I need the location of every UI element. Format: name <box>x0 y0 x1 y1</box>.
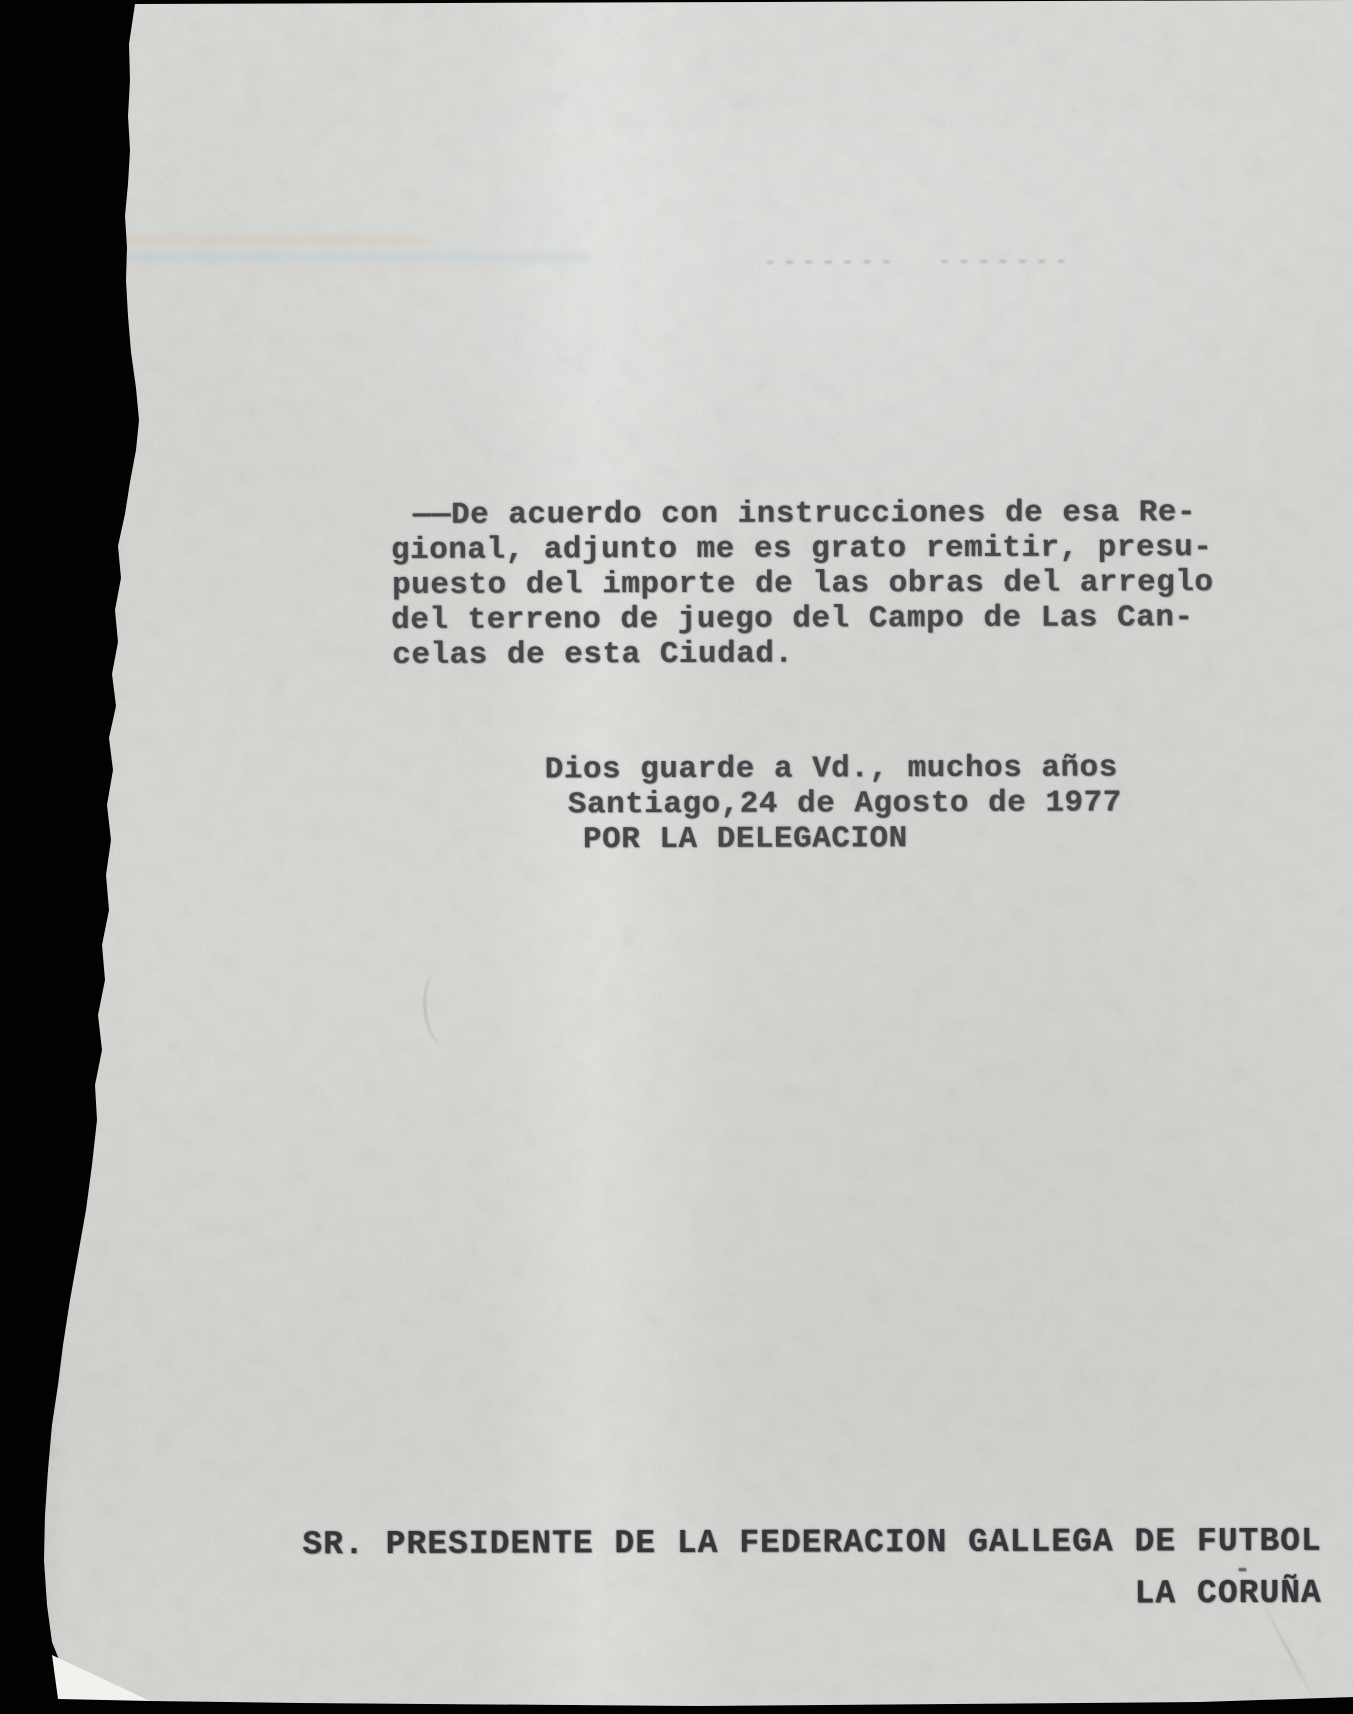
addressee-line: SR. PRESIDENTE DE LA FEDERACION GALLEGA … <box>302 1524 1321 1563</box>
closing-salutation-line: Dios guarde a Vd., muchos años <box>545 750 1118 787</box>
body-line-3: puesto del importe de las obras del arre… <box>392 565 1214 603</box>
typewritten-text-layer: ------- ------- ——De acuerdo con instruc… <box>0 0 1353 1714</box>
body-line-1: ——De acuerdo con instrucciones de esa Re… <box>413 495 1196 533</box>
torn-paper-sheet: ------- ------- ——De acuerdo con instruc… <box>0 0 1353 1714</box>
body-line-4: del terreno de juego del Campo de Las Ca… <box>391 600 1193 638</box>
scanned-document-page: ------- ------- ——De acuerdo con instruc… <box>0 0 1353 1714</box>
addressee-city-line: LA CORUÑA <box>1135 1576 1322 1612</box>
body-line-2: gional, adjunto me es grato remitir, pre… <box>391 530 1213 568</box>
closing-date-line: Santiago,24 de Agosto de 1977 <box>568 785 1122 822</box>
body-line-5: celas de esta Ciudad. <box>392 637 793 673</box>
closing-delegation-line: POR LA DELEGACION <box>583 821 908 857</box>
faint-ink-impression: ------- ------- <box>763 245 1074 281</box>
